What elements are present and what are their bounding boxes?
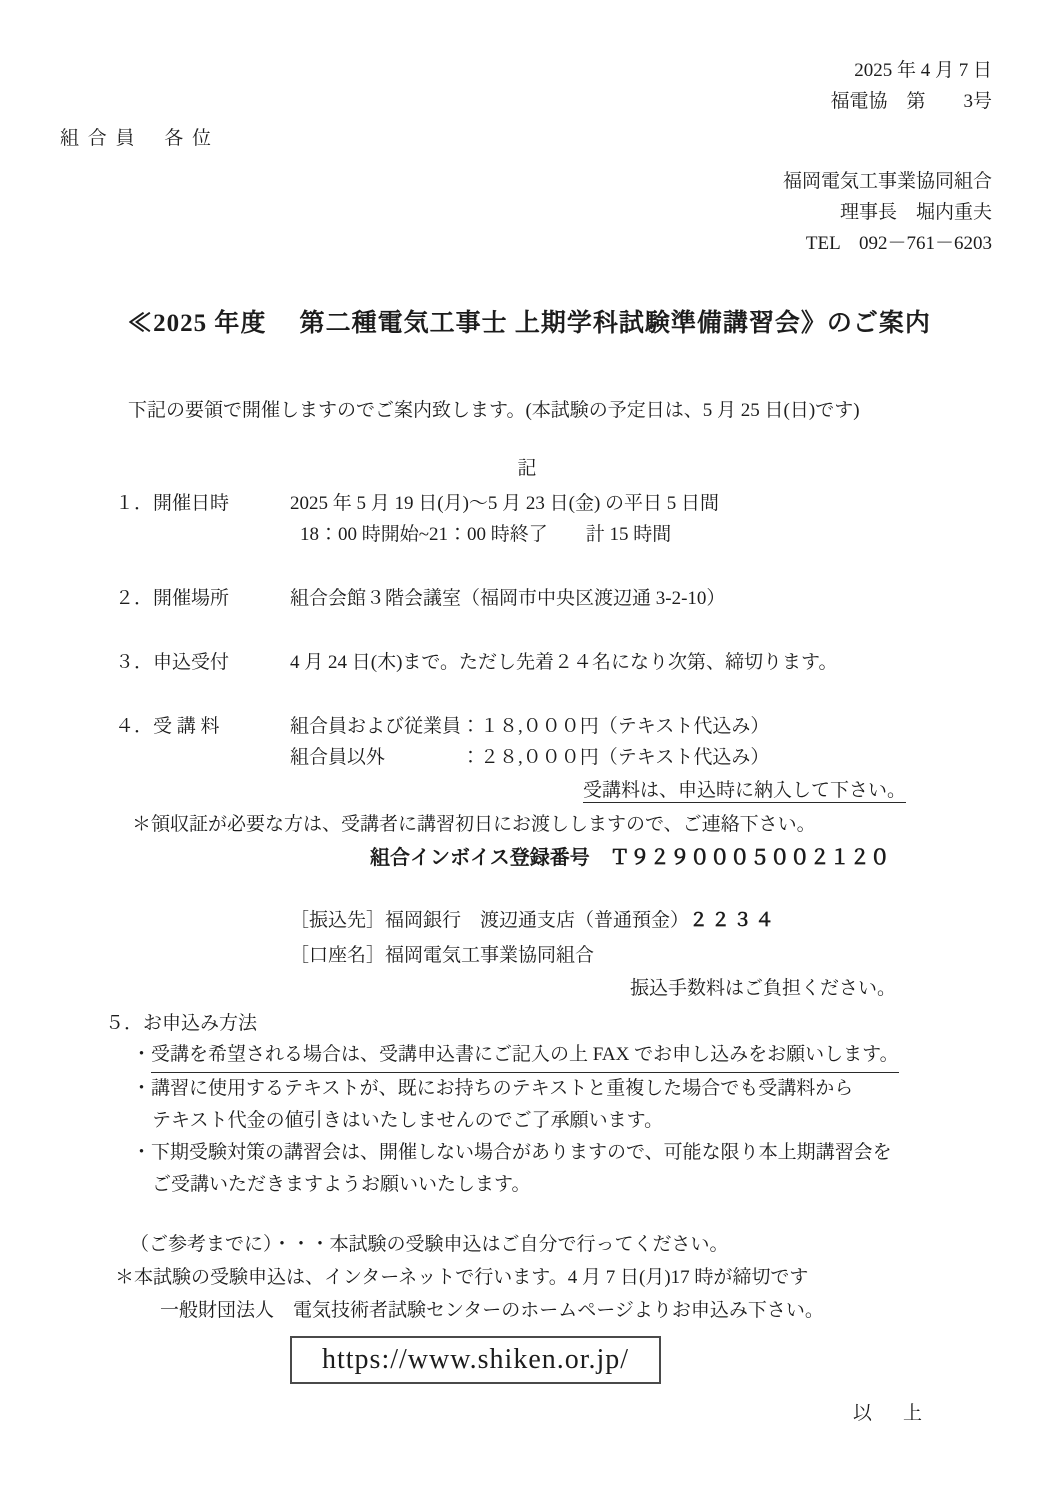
item-venue: ２．開催場所 組合会館３階会議室（福岡市中央区渡辺通 3-2-10）	[115, 583, 998, 614]
section5-heading: ５．お申込み方法	[60, 1008, 998, 1039]
bank-transfer-prefix: ［振込先］福岡銀行 渡辺通支店（普通預金）	[290, 910, 689, 931]
bullet-dot-icon: ・	[132, 1039, 151, 1073]
closing-mark: 以 上	[60, 1398, 998, 1429]
recipient-line: 組 合 員 各 位	[60, 123, 998, 154]
item-datetime-line2: 18：00 時開始~21：00 時終了 計 15 時間	[290, 519, 998, 550]
bullet-second-term-line1: 下期受験対策の講習会は、開催しない場合がありますので、可能な限り本上期講習会を	[151, 1137, 892, 1169]
item-fee-label: ４．受 講 料	[115, 711, 290, 773]
item-application: ３．申込受付 4 月 24 日(木)まで。ただし先着２４名になり次第、締切ります…	[115, 647, 998, 678]
invoice-number-line: 組合インボイス登録番号 Ｔ９２９０００５００２１２０	[60, 843, 998, 874]
doc-number: 福電協 第 3号	[60, 86, 998, 117]
sender-tel: TEL 092－761－6203	[60, 228, 998, 259]
item-datetime-label: １．開催日時	[115, 488, 290, 550]
bullet-dot-icon: ・	[132, 1137, 151, 1169]
sender-org: 福岡電気工事業協同組合	[60, 166, 998, 197]
bullet-fax-text: 受講を希望される場合は、受講申込書にご記入の上 FAX でお申し込みをお願いしま…	[151, 1039, 899, 1073]
bank-account-name-line: ［口座名］福岡電気工事業協同組合	[290, 938, 998, 973]
bank-transfer-line: ［振込先］福岡銀行 渡辺通支店（普通預金）２２３４	[290, 903, 998, 938]
bullet-dot-icon: ・	[132, 1073, 151, 1105]
document-page: 2025 年 4 月 7 日 福電協 第 3号 組 合 員 各 位 福岡電気工事…	[0, 0, 1058, 1497]
item-fee: ４．受 講 料 組合員および従業員：１８,０００円（テキスト代込み） 組合員以外…	[115, 711, 998, 773]
reference-block: （ご参考までに）・・・本試験の受験申込はご自分で行ってください。 ＊本試験の受験…	[60, 1229, 998, 1326]
sender-president: 理事長 堀内重夫	[60, 197, 998, 228]
item-datetime: １．開催日時 2025 年 5 月 19 日(月)～5 月 23 日(金) の平…	[115, 488, 998, 550]
receipt-note: ＊領収証が必要な方は、受講者に講習初日にお渡ししますので、ご連絡下さい。	[60, 809, 998, 840]
bank-block: ［振込先］福岡銀行 渡辺通支店（普通預金）２２３４ ［口座名］福岡電気工事業協同…	[60, 903, 998, 973]
reference-line3: 一般財団法人 電気技術者試験センターのホームページよりお申込み下さい。	[60, 1295, 998, 1326]
exam-center-url-link[interactable]: https://www.shiken.or.jp/	[322, 1344, 629, 1375]
bank-account-number: ２２３４	[689, 910, 777, 931]
bullet-second-term: ・ 下期受験対策の講習会は、開催しない場合がありますので、可能な限り本上期講習会…	[132, 1137, 998, 1169]
item-application-label: ３．申込受付	[115, 647, 290, 678]
doc-date: 2025 年 4 月 7 日	[60, 55, 998, 86]
item-application-line1: 4 月 24 日(木)まで。ただし先着２４名になり次第、締切ります。	[290, 647, 998, 678]
document-title: ≪2025 年度 第二種電気工事士 上期学科試験準備講習会》のご案内	[60, 307, 998, 341]
item-fee-nonmember-line: 組合員以外 ：２８,０００円（テキスト代込み）	[290, 742, 998, 773]
item-venue-line1: 組合会館３階会議室（福岡市中央区渡辺通 3-2-10）	[290, 583, 998, 614]
section5-bullets: ・ 受講を希望される場合は、受講申込書にご記入の上 FAX でお申し込みをお願い…	[60, 1039, 998, 1201]
bullet-textbook-line2: テキスト代金の値引きはいたしませんのでご了承願います。	[132, 1105, 998, 1137]
bullet-textbook-line1: 講習に使用するテキストが、既にお持ちのテキストと重複した場合でも受講料から	[151, 1073, 853, 1105]
reference-line2: ＊本試験の受験申込は、インターネットで行います。4 月 7 日(月)17 時が締…	[60, 1262, 998, 1293]
ki-marker: 記	[60, 453, 998, 484]
bullet-fax: ・ 受講を希望される場合は、受講申込書にご記入の上 FAX でお申し込みをお願い…	[132, 1039, 998, 1073]
fee-payment-note: 受講料は、申込時に納入して下さい。	[583, 775, 906, 806]
bank-fee-note: 振込手数料はご負担ください。	[60, 973, 998, 1004]
bullet-textbook: ・ 講習に使用するテキストが、既にお持ちのテキストと重複した場合でも受講料から	[132, 1073, 998, 1105]
intro-text: 下記の要領で開催しますのでご案内致します。(本試験の予定日は、5 月 25 日(…	[60, 395, 998, 426]
exam-center-url-box: https://www.shiken.or.jp/	[290, 1336, 661, 1384]
item-venue-label: ２．開催場所	[115, 583, 290, 614]
sender-block: 福岡電気工事業協同組合 理事長 堀内重夫 TEL 092－761－6203	[60, 166, 998, 259]
bullet-second-term-line2: ご受講いただきますようお願いいたします。	[132, 1169, 998, 1201]
item-datetime-line1: 2025 年 5 月 19 日(月)～5 月 23 日(金) の平日 5 日間	[290, 488, 998, 519]
item-fee-member-line: 組合員および従業員：１８,０００円（テキスト代込み）	[290, 711, 998, 742]
item-fee-content: 組合員および従業員：１８,０００円（テキスト代込み） 組合員以外 ：２８,０００…	[290, 711, 998, 773]
reference-line1: （ご参考までに）・・・本試験の受験申込はご自分で行ってください。	[60, 1229, 998, 1260]
fee-payment-note-text: 受講料は、申込時に納入して下さい。	[583, 780, 906, 803]
item-datetime-content: 2025 年 5 月 19 日(月)～5 月 23 日(金) の平日 5 日間 …	[290, 488, 998, 550]
